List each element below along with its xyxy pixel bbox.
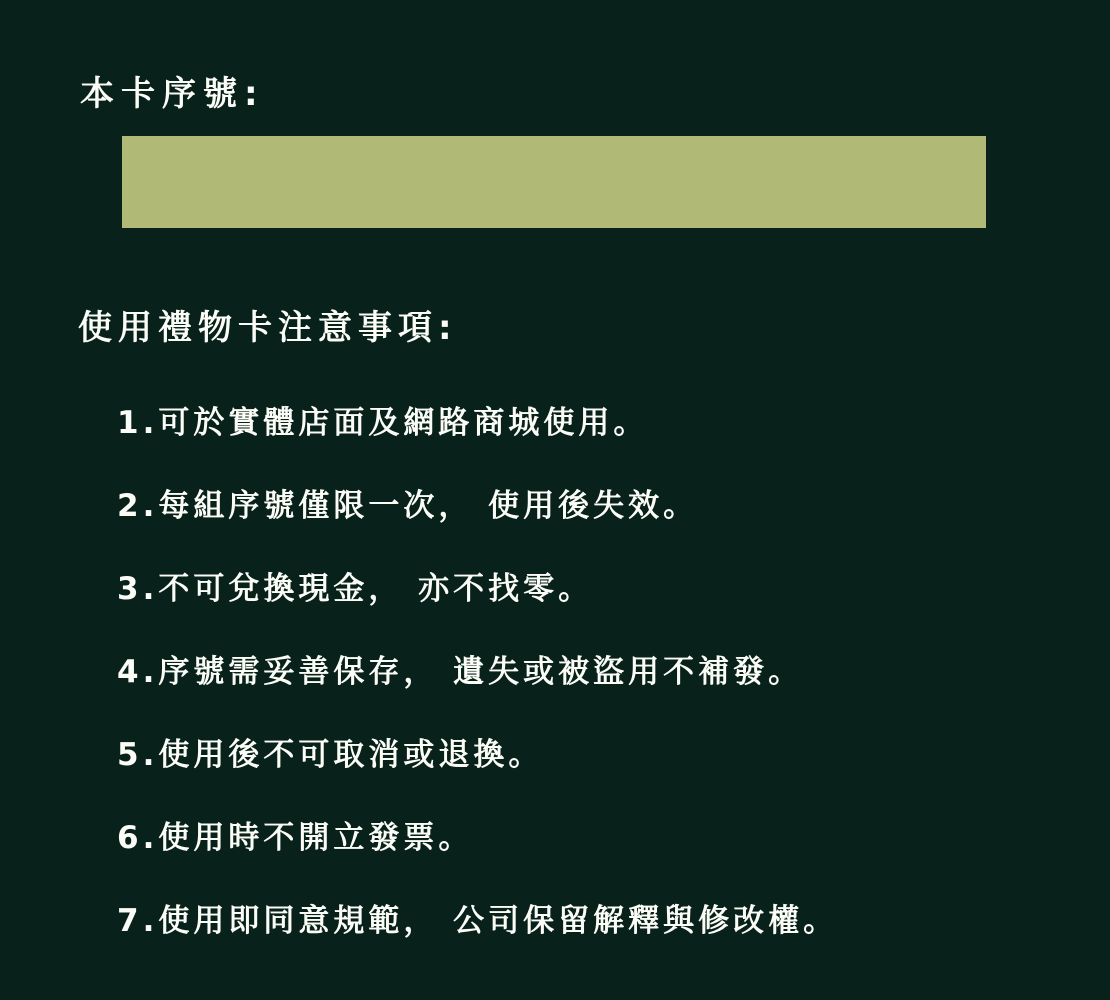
serial-number-field: [122, 136, 986, 228]
note-item: 6.使用時不開立發票。: [117, 793, 838, 876]
notes-heading: 使用禮物卡注意事項:: [78, 300, 458, 349]
serial-number-label: 本卡序號:: [80, 66, 265, 115]
gift-card-back: 本卡序號: 使用禮物卡注意事項: 1.可於實體店面及網路商城使用。 2.每組序號…: [0, 0, 1110, 1000]
note-item: 4.序號需妥善保存， 遺失或被盜用不補發。: [117, 627, 838, 710]
note-item: 2.每組序號僅限一次， 使用後失效。: [117, 461, 838, 544]
note-item: 7.使用即同意規範， 公司保留解釋與修改權。: [117, 876, 838, 959]
note-item: 5.使用後不可取消或退換。: [117, 710, 838, 793]
note-item: 1.可於實體店面及網路商城使用。: [117, 378, 838, 461]
note-item: 3.不可兌換現金， 亦不找零。: [117, 544, 838, 627]
notes-list: 1.可於實體店面及網路商城使用。 2.每組序號僅限一次， 使用後失效。 3.不可…: [117, 378, 838, 959]
